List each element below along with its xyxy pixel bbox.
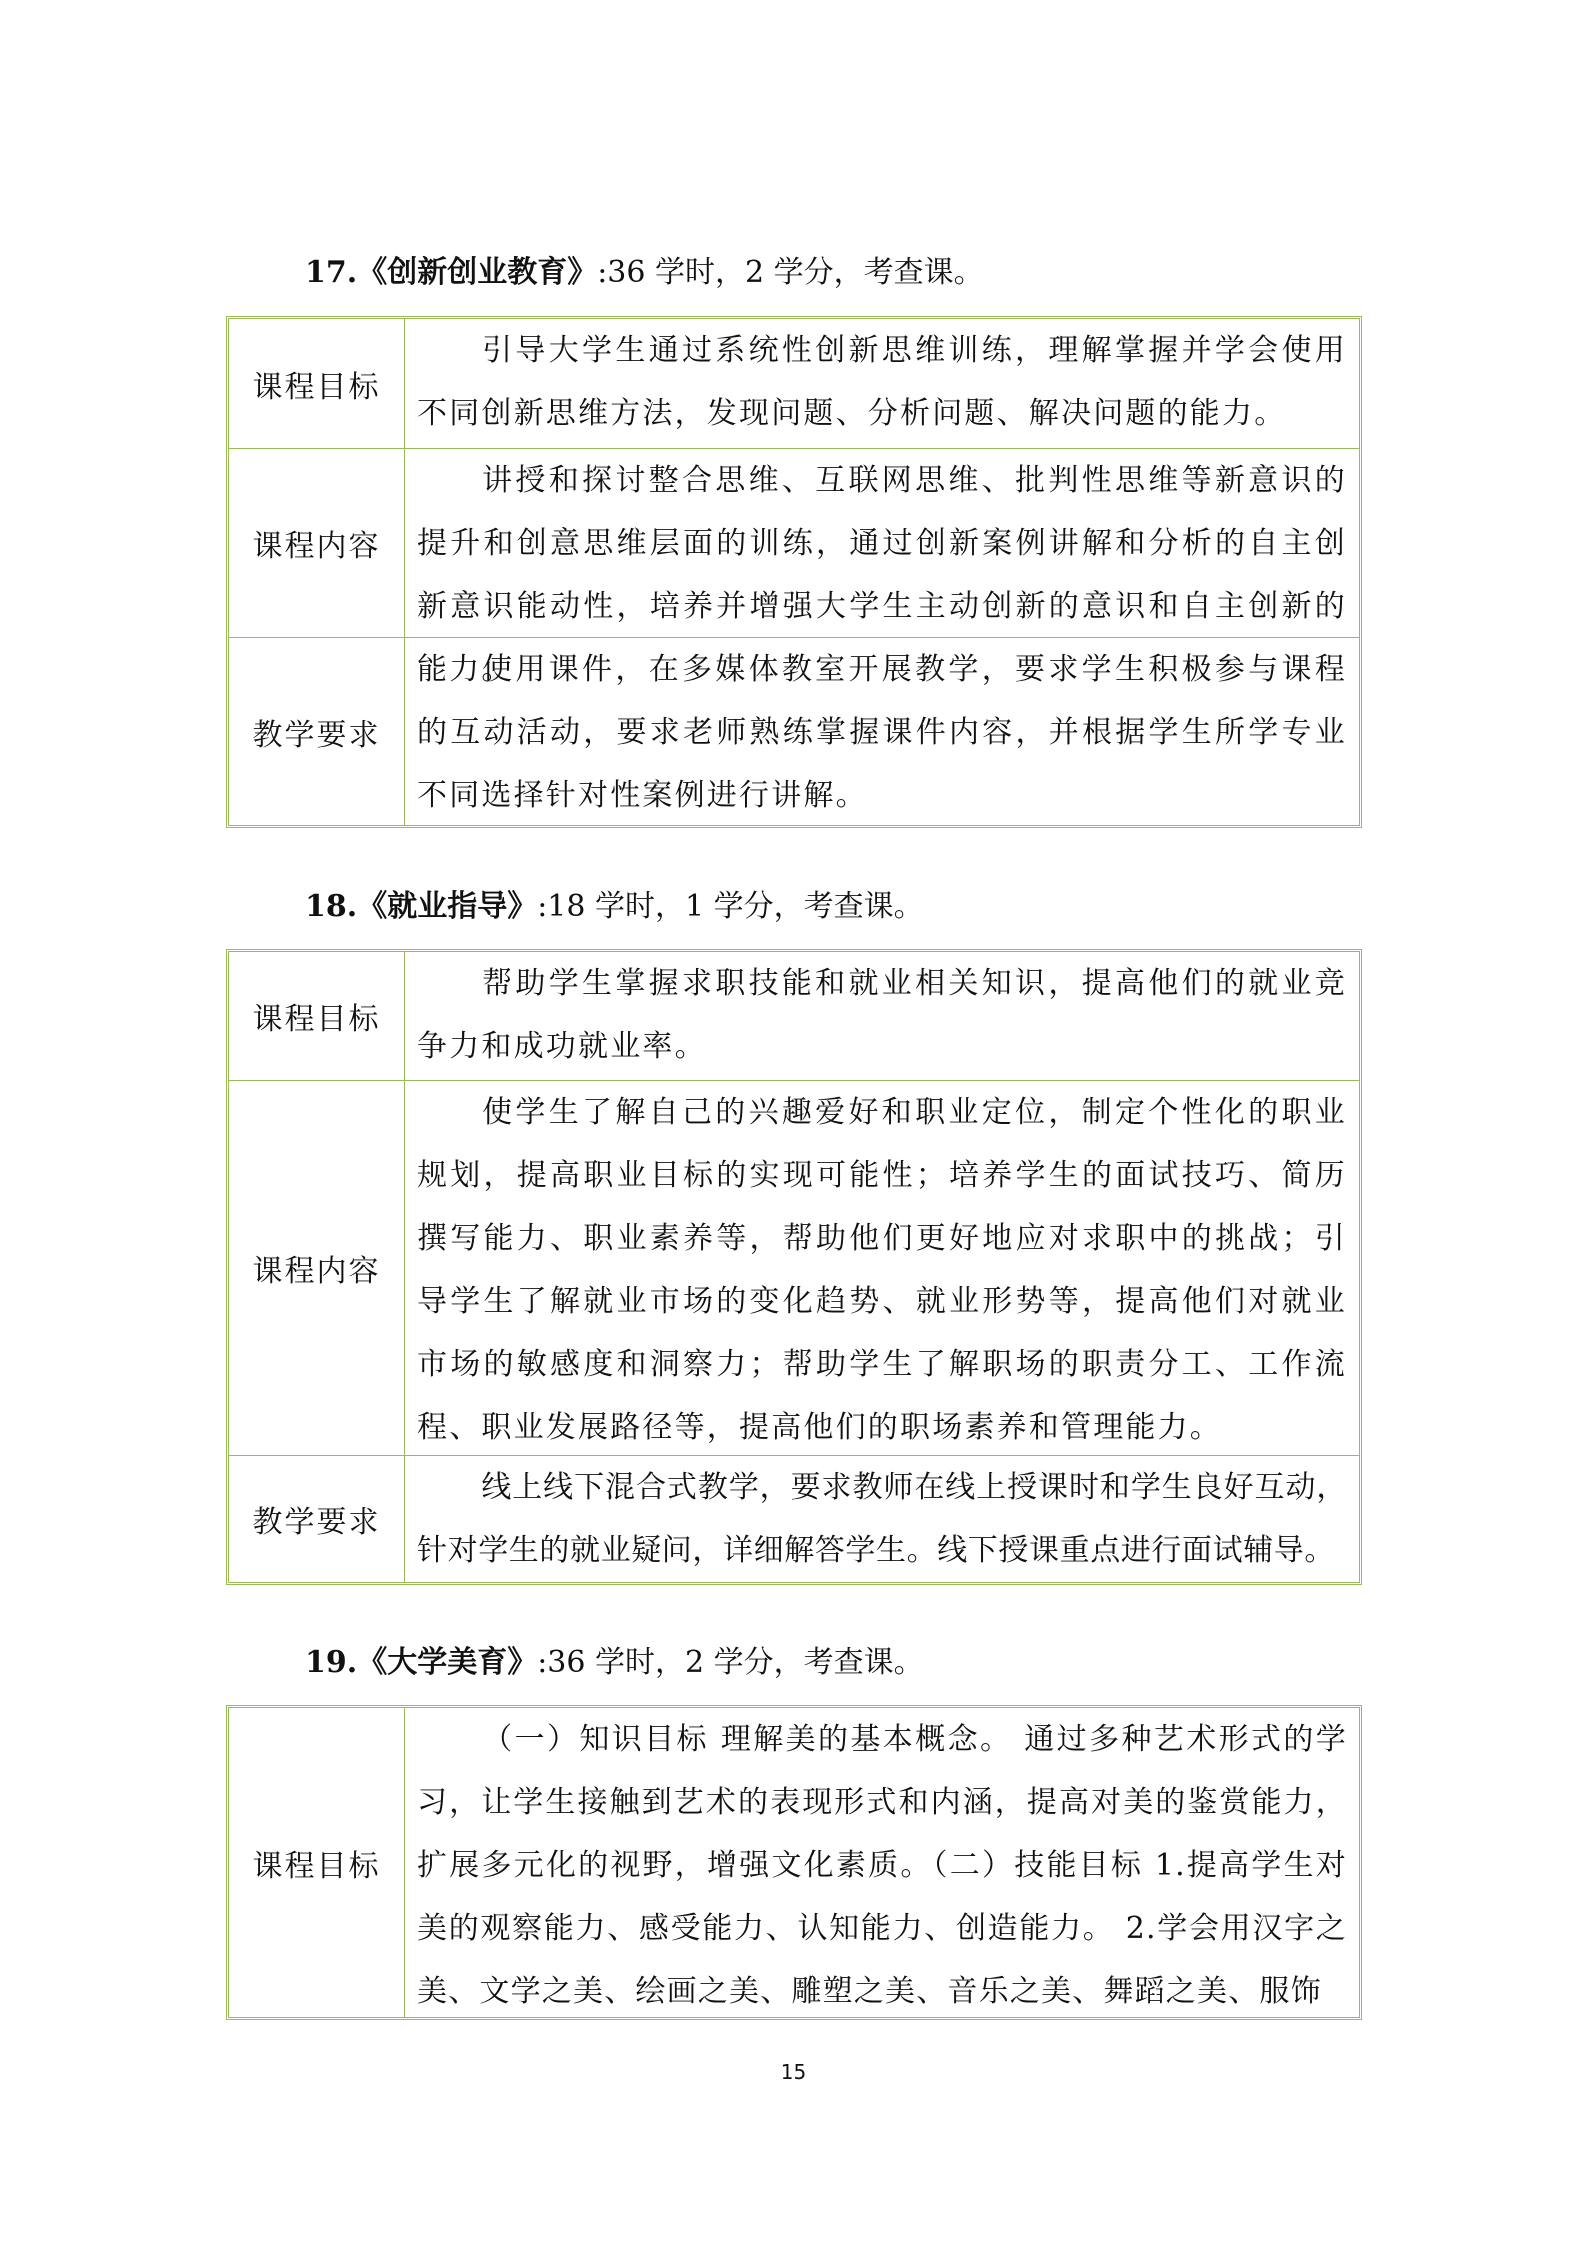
row-text: 帮助学生掌握求职技能和就业相关知识，提高他们的就业竞争力和成功就业率。	[417, 966, 1347, 1064]
row-label: 教学要求	[229, 638, 405, 825]
course-table-18: 课程目标 帮助学生掌握求职技能和就业相关知识，提高他们的就业竞争力和成功就业率。…	[226, 949, 1362, 1585]
course-meta: :18 学时，1 学分，考查课。	[537, 889, 923, 924]
row-label: 课程目标	[229, 1708, 405, 2017]
section-heading-18: 18.《就业指导》:18 学时，1 学分，考查课。	[305, 887, 924, 927]
table-row: 课程内容 讲授和探讨整合思维、互联网思维、批判性思维等新意识的提升和创意思维层面…	[229, 448, 1359, 637]
row-content: 使用课件，在多媒体教室开展教学，要求学生积极参与课程的互动活动，要求老师熟练掌握…	[405, 638, 1359, 825]
section-heading-19: 19.《大学美育》:36 学时，2 学分，考查课。	[305, 1643, 924, 1683]
course-meta: :36 学时，2 学分，考查课。	[537, 1645, 923, 1680]
section-number: 19.	[305, 1645, 357, 1680]
section-number: 18.	[305, 889, 357, 924]
row-label: 教学要求	[229, 1456, 405, 1582]
row-content: 使学生了解自己的兴趣爱好和职业定位，制定个性化的职业规划，提高职业目标的实现可能…	[405, 1081, 1359, 1455]
row-content: 讲授和探讨整合思维、互联网思维、批判性思维等新意识的提升和创意思维层面的训练，通…	[405, 449, 1359, 637]
row-text: 使学生了解自己的兴趣爱好和职业定位，制定个性化的职业规划，提高职业目标的实现可能…	[417, 1095, 1347, 1445]
table-row: 课程内容 使学生了解自己的兴趣爱好和职业定位，制定个性化的职业规划，提高职业目标…	[229, 1080, 1359, 1455]
row-content: 帮助学生掌握求职技能和就业相关知识，提高他们的就业竞争力和成功就业率。	[405, 952, 1359, 1080]
row-text: 引导大学生通过系统性创新思维训练，理解掌握并学会使用不同创新思维方法，发现问题、…	[417, 333, 1347, 431]
table-row: 课程目标 帮助学生掌握求职技能和就业相关知识，提高他们的就业竞争力和成功就业率。	[229, 952, 1359, 1080]
course-title: 《大学美育》	[357, 1645, 537, 1680]
course-table-19: 课程目标 （一）知识目标 理解美的基本概念。 通过多种艺术形式的学习，让学生接触…	[226, 1705, 1362, 2020]
page-number: 15	[0, 2060, 1587, 2084]
row-label: 课程目标	[229, 319, 405, 448]
section-number: 17.	[305, 255, 357, 290]
row-text: 使用课件，在多媒体教室开展教学，要求学生积极参与课程的互动活动，要求老师熟练掌握…	[417, 652, 1347, 813]
row-content: 引导大学生通过系统性创新思维训练，理解掌握并学会使用不同创新思维方法，发现问题、…	[405, 319, 1359, 448]
table-row: 课程目标 引导大学生通过系统性创新思维训练，理解掌握并学会使用不同创新思维方法，…	[229, 319, 1359, 448]
table-row: 教学要求 线上线下混合式教学，要求教师在线上授课时和学生良好互动，针对学生的就业…	[229, 1455, 1359, 1582]
row-label: 课程内容	[229, 1081, 405, 1455]
row-label: 课程目标	[229, 952, 405, 1080]
course-title: 《创新创业教育》	[357, 255, 597, 290]
course-title: 《就业指导》	[357, 889, 537, 924]
course-meta: :36 学时，2 学分，考查课。	[597, 255, 983, 290]
course-table-17: 课程目标 引导大学生通过系统性创新思维训练，理解掌握并学会使用不同创新思维方法，…	[226, 316, 1362, 828]
row-label: 课程内容	[229, 449, 405, 637]
section-heading-17: 17.《创新创业教育》:36 学时，2 学分，考查课。	[305, 253, 984, 293]
table-row: 课程目标 （一）知识目标 理解美的基本概念。 通过多种艺术形式的学习，让学生接触…	[229, 1708, 1359, 2017]
table-row: 教学要求 使用课件，在多媒体教室开展教学，要求学生积极参与课程的互动活动，要求老…	[229, 637, 1359, 825]
row-content: （一）知识目标 理解美的基本概念。 通过多种艺术形式的学习，让学生接触到艺术的表…	[405, 1708, 1359, 2017]
row-content: 线上线下混合式教学，要求教师在线上授课时和学生良好互动，针对学生的就业疑问，详细…	[405, 1456, 1359, 1582]
row-text: 线上线下混合式教学，要求教师在线上授课时和学生良好互动，针对学生的就业疑问，详细…	[417, 1470, 1347, 1568]
row-text: （一）知识目标 理解美的基本概念。 通过多种艺术形式的学习，让学生接触到艺术的表…	[417, 1722, 1347, 2009]
